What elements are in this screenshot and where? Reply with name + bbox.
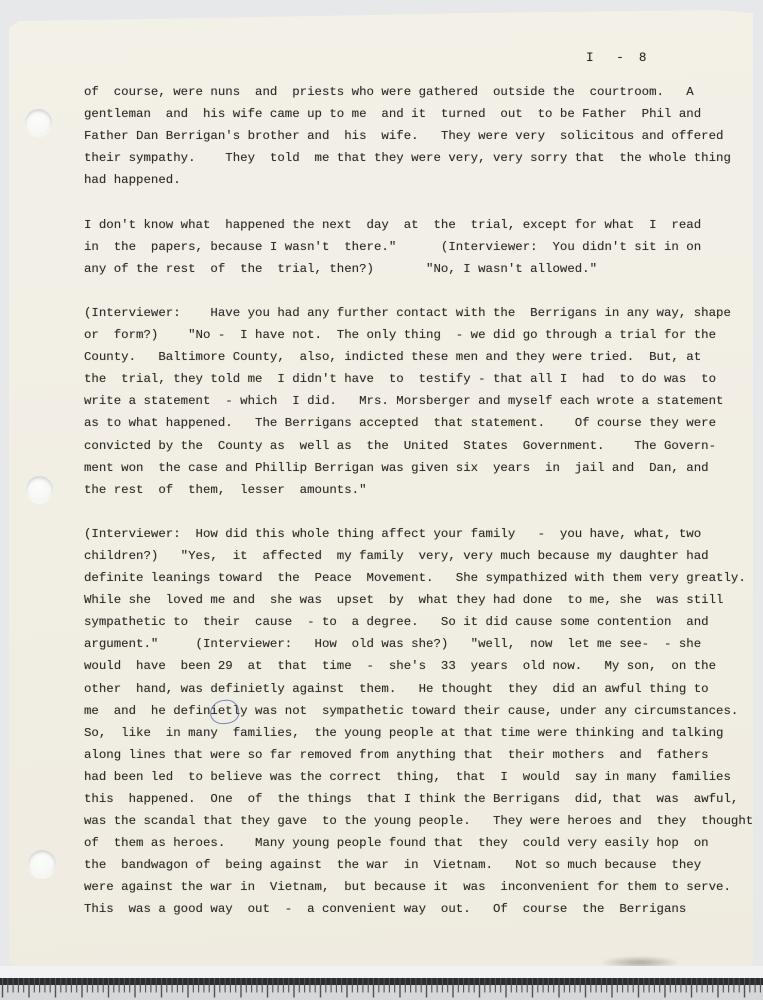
typed-line: Father Dan Berrigan's brother and his wi… xyxy=(84,125,753,147)
typed-line: argument." (Interviewer: How old was she… xyxy=(84,633,753,655)
punch-hole-top xyxy=(25,109,52,136)
typed-line: children?) "Yes, it affected my family v… xyxy=(84,545,753,567)
typed-line: was the scandal that they gave to the yo… xyxy=(84,810,753,832)
scanned-document-background: I - 8 of course, were nuns and priests w… xyxy=(0,0,763,1000)
typed-line: the trial, they told me I didn't have to… xyxy=(84,368,753,390)
typed-line: of course, were nuns and priests who wer… xyxy=(84,81,753,103)
typed-line: County. Baltimore County, also, indicted… xyxy=(84,346,753,368)
typed-line: along lines that were so far removed fro… xyxy=(84,744,753,766)
typed-line: as to what happened. The Berrigans accep… xyxy=(84,412,753,434)
typed-line: had been led to believe was the correct … xyxy=(84,766,753,788)
ruler-dark-band xyxy=(0,978,763,985)
typed-line: the rest of them, lesser amounts." xyxy=(84,479,753,501)
typed-line: other hand, was definietly against them.… xyxy=(84,678,753,700)
paragraph: of course, were nuns and priests who wer… xyxy=(84,81,753,191)
ruler-scale xyxy=(0,966,763,1000)
typed-line: this happened. One of the things that I … xyxy=(84,788,753,810)
typed-line: or form?) "No - I have not. The only thi… xyxy=(84,324,753,346)
typed-line: write a statement - which I did. Mrs. Mo… xyxy=(84,390,753,412)
typed-line: were against the war in Vietnam, but bec… xyxy=(84,876,753,898)
typed-line: me and he definietly was not sympathetic… xyxy=(84,700,753,722)
typed-line: ment won the case and Phillip Berrigan w… xyxy=(84,457,753,479)
typed-line: in the papers, because I wasn't there." … xyxy=(84,236,753,258)
typed-line: (Interviewer: How did this whole thing a… xyxy=(84,523,753,545)
measurement-ruler xyxy=(0,966,763,1000)
paragraph: (Interviewer: Have you had any further c… xyxy=(84,302,753,501)
typed-line: definite leanings toward the Peace Movem… xyxy=(84,567,753,589)
punch-hole-bottom xyxy=(28,850,56,878)
typed-line: sympathetic to their cause - to a degree… xyxy=(84,611,753,633)
paragraph: (Interviewer: How did this whole thing a… xyxy=(84,523,753,921)
typed-line: the bandwagon of being against the war i… xyxy=(84,854,753,876)
typed-line: This was a good way out - a convenient w… xyxy=(84,898,753,920)
typed-line: While she loved me and she was upset by … xyxy=(84,589,753,611)
typed-line: gentleman and his wife came up to me and… xyxy=(84,103,753,125)
typed-line: their sympathy. They told me that they w… xyxy=(84,147,753,169)
paragraph: I don't know what happened the next day … xyxy=(84,214,753,280)
typed-line: had happened. xyxy=(84,169,753,191)
typed-line: of them as heroes. Many young people fou… xyxy=(84,832,753,854)
typed-line: (Interviewer: Have you had any further c… xyxy=(84,302,753,324)
typed-line: would have been 29 at that time - she's … xyxy=(84,655,753,677)
typed-text-body: of course, were nuns and priests who wer… xyxy=(84,81,753,943)
document-page: I - 8 of course, were nuns and priests w… xyxy=(9,10,753,968)
typed-line: I don't know what happened the next day … xyxy=(84,214,753,236)
page-number: I - 8 xyxy=(586,51,646,65)
typed-line: So, like in many families, the young peo… xyxy=(84,722,753,744)
typed-line: any of the rest of the trial, then?) "No… xyxy=(84,258,753,280)
typed-line: convicted by the County as well as the U… xyxy=(84,435,753,457)
punch-hole-middle xyxy=(26,476,53,503)
